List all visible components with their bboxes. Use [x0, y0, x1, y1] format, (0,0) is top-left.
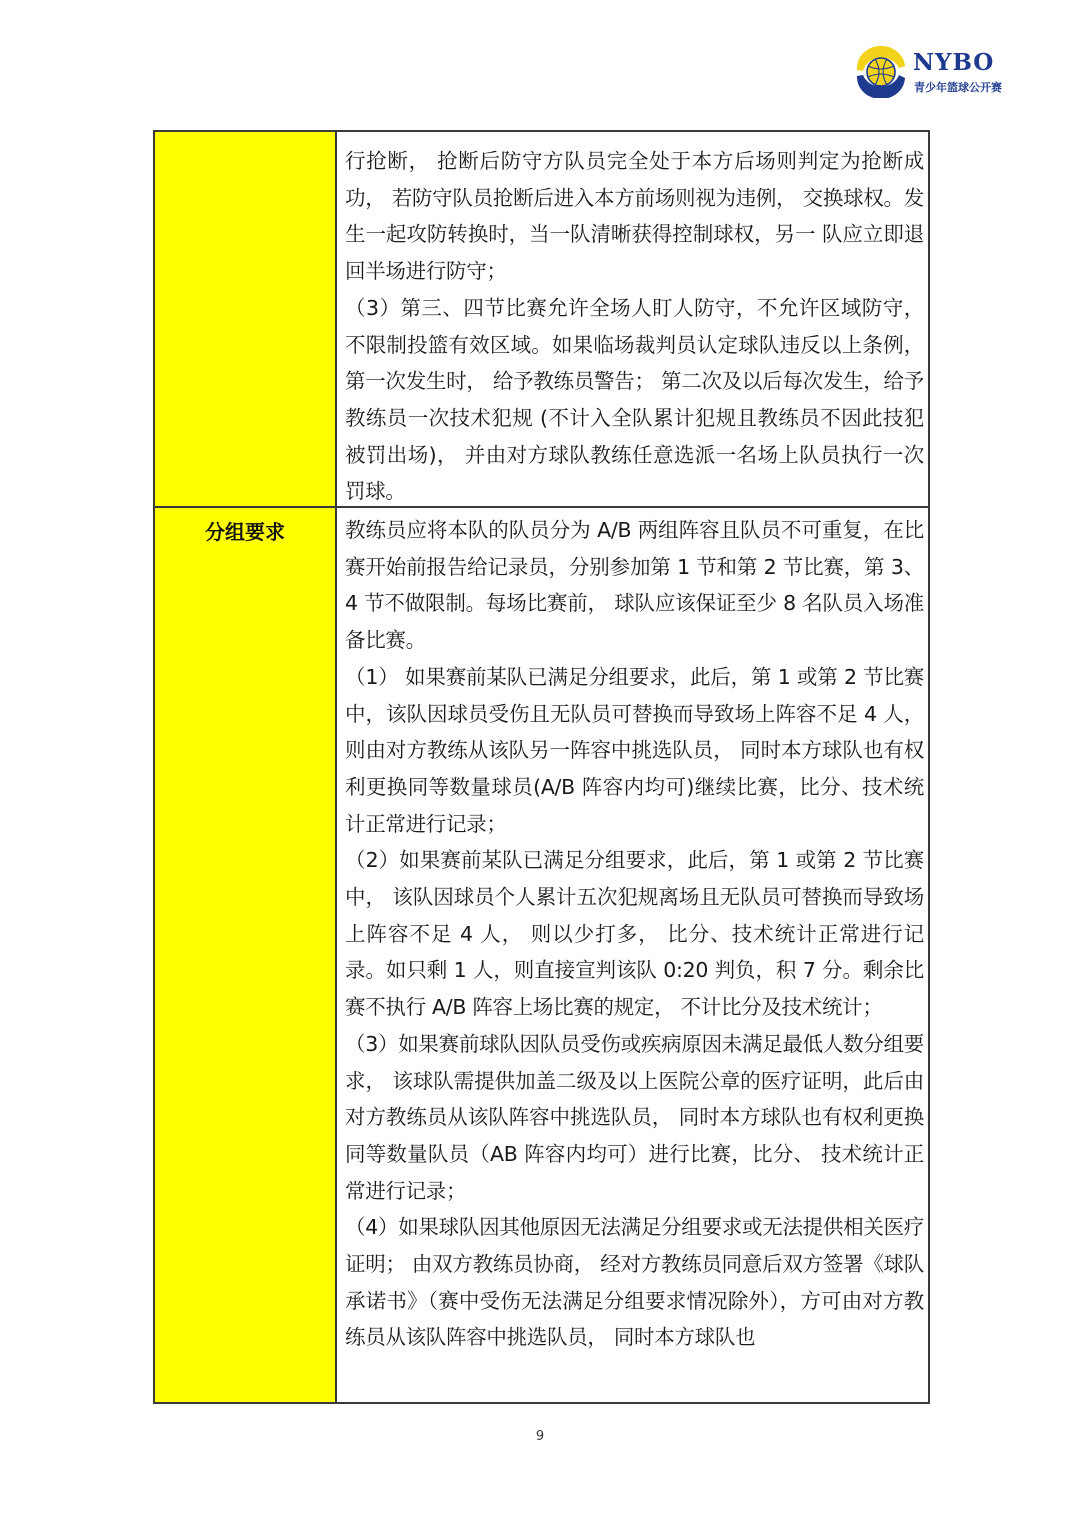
row-label-grouping-requirements: 分组要求 — [155, 516, 335, 545]
table-row: 分组要求 教练员应将本队的队员分为 A/B 两组阵容且队员不可重复，在比赛开始前… — [155, 508, 928, 1402]
basketball-logo-icon — [853, 46, 909, 98]
table-row: 行抢断， 抢断后防守方队员完全处于本方后场则判定为抢断成功， 若防守队员抢断后进… — [155, 132, 928, 508]
paragraph: 教练员应将本队的队员分为 A/B 两组阵容且队员不可重复，在比赛开始前报告给记录… — [345, 512, 924, 659]
row-content-cell: 教练员应将本队的队员分为 A/B 两组阵容且队员不可重复，在比赛开始前报告给记录… — [337, 508, 928, 1402]
paragraph: （3）如果赛前球队因队员受伤或疾病原因未满足最低人数分组要求， 该球队需提供加盖… — [345, 1026, 924, 1210]
row-content-cell: 行抢断， 抢断后防守方队员完全处于本方后场则判定为抢断成功， 若防守队员抢断后进… — [337, 132, 928, 506]
brand-name-cn: 青少年篮球公开赛 — [914, 79, 1002, 95]
row-label-cell: 分组要求 — [155, 508, 337, 1402]
brand-name-en: NYBO — [913, 49, 994, 76]
paragraph: （2）如果赛前某队已满足分组要求，此后，第 1 或第 2 节比赛中， 该队因球员… — [345, 842, 924, 1026]
row-label-cell — [155, 132, 337, 506]
paragraph: （4）如果球队因其他原因无法满足分组要求或无法提供相关医疗证明； 由双方教练员协… — [345, 1209, 924, 1356]
paragraph: （1） 如果赛前某队已满足分组要求，此后，第 1 或第 2 节比赛中，该队因球员… — [345, 659, 924, 843]
paragraph: 行抢断， 抢断后防守方队员完全处于本方后场则判定为抢断成功， 若防守队员抢断后进… — [345, 143, 924, 290]
page-number: 9 — [0, 1429, 1080, 1444]
nybo-logo: NYBO 青少年篮球公开赛 — [853, 46, 1028, 98]
rules-table: 行抢断， 抢断后防守方队员完全处于本方后场则判定为抢断成功， 若防守队员抢断后进… — [153, 130, 930, 1404]
paragraph: （3）第三、四节比赛允许全场人盯人防守，不允许区域防守， 不限制投篮有效区域。如… — [345, 290, 924, 510]
